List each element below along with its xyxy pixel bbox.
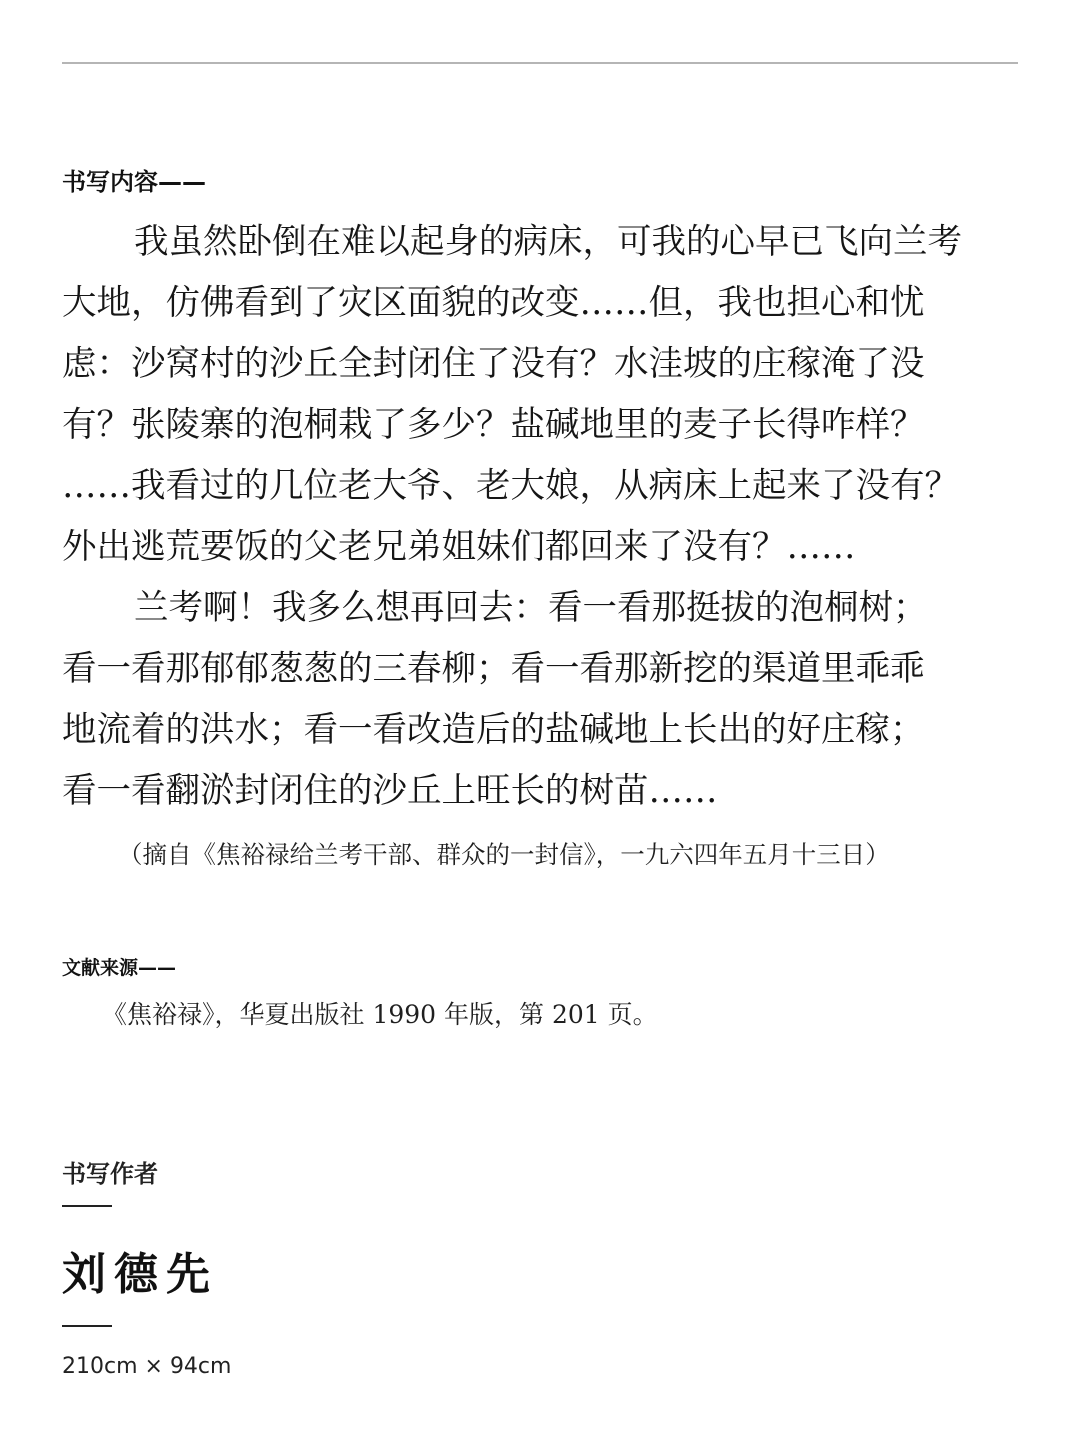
content-body: 我虽然卧倒在难以起身的病床，可我的心早已飞向兰考 大地，仿佛看到了灾区面貌的改变… xyxy=(62,212,1022,822)
author-divider-bottom xyxy=(62,1325,112,1327)
source-reference: 《焦裕禄》，华夏出版社 1990 年版，第 201 页。 xyxy=(102,995,658,1031)
text-line: 我虽然卧倒在难以起身的病床，可我的心早已飞向兰考 xyxy=(62,212,1022,273)
section-label-content: 书写内容—— xyxy=(62,162,206,197)
text-line: 有？张陵寨的泡桐栽了多少？盐碱地里的麦子长得咋样？ xyxy=(62,395,1022,456)
text-line: 看一看翻淤封闭住的沙丘上旺长的树苗…… xyxy=(62,761,1022,822)
author-name: 刘德先 xyxy=(62,1238,218,1302)
content-paragraph-2: 兰考啊！我多么想再回去：看一看那挺拔的泡桐树； 看一看那郁郁葱葱的三春柳；看一看… xyxy=(62,578,1022,822)
text-line: 大地，仿佛看到了灾区面貌的改变……但，我也担心和忧 xyxy=(62,273,1022,334)
text-line: 地流着的洪水；看一看改造后的盐碱地上长出的好庄稼； xyxy=(62,700,1022,761)
citation: （摘自《焦裕禄给兰考干部、群众的一封信》，一九六四年五月十三日） xyxy=(118,836,890,871)
text-line: 兰考啊！我多么想再回去：看一看那挺拔的泡桐树； xyxy=(62,578,1022,639)
text-line: ……我看过的几位老大爷、老大娘，从病床上起来了没有？ xyxy=(62,456,1022,517)
text-line: 外出逃荒要饭的父老兄弟姐妹们都回来了没有？…… xyxy=(62,517,1022,578)
section-label-source: 文献来源—— xyxy=(62,953,176,980)
section-label-author: 书写作者 xyxy=(62,1154,158,1189)
top-divider xyxy=(62,62,1018,64)
text-line: 虑：沙窝村的沙丘全封闭住了没有？水洼坡的庄稼淹了没 xyxy=(62,334,1022,395)
text-line: 看一看那郁郁葱葱的三春柳；看一看那新挖的渠道里乖乖 xyxy=(62,639,1022,700)
content-paragraph-1: 我虽然卧倒在难以起身的病床，可我的心早已飞向兰考 大地，仿佛看到了灾区面貌的改变… xyxy=(62,212,1022,578)
artwork-dimensions: 210cm × 94cm xyxy=(62,1354,231,1379)
author-divider-top xyxy=(62,1205,112,1207)
